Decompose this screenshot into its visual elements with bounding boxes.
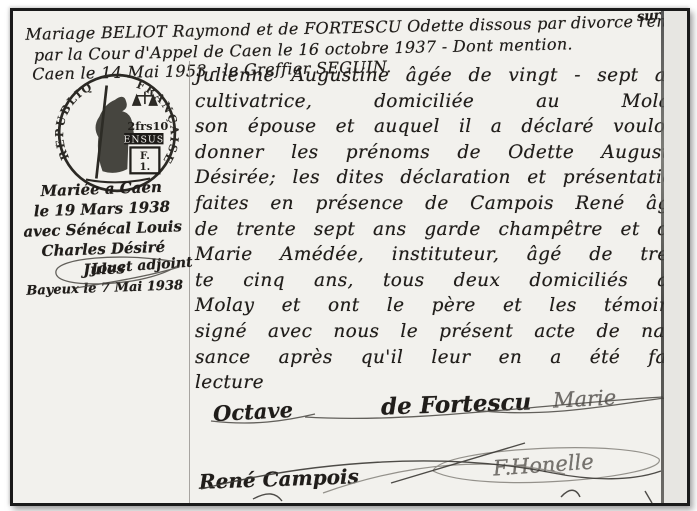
stamp-value-text: 2frs10 [127,119,168,133]
body-line: de trente sept ans garde champêtre et de [195,217,681,243]
stamp-box-line1: F. [140,150,150,162]
stamp-band-text: ENSUS [124,134,165,145]
stamp-box-line2: 1. [140,161,151,173]
signature-de-fortescu: de Fortescu [381,388,532,420]
cutoff-mark-2 [561,490,580,497]
margin-separator-rule [189,61,190,503]
body-line: son épouse et auquel il a déclaré vouloi… [195,114,681,140]
scales-icon [133,92,157,105]
body-line: Désirée; les dites déclaration et présen… [195,165,681,191]
body-line: donner les prénoms de Odette Augusta [195,140,681,166]
body-line: faites en présence de Campois René âgé [195,191,681,217]
signature-marie: Marie [552,385,616,412]
signature-octave: Octave [212,397,293,426]
body-line: Marie Amédée, instituteur, âgé de tren [195,242,681,268]
cutoff-mark-3 [645,491,652,503]
page-edge-margin [664,11,687,503]
body-line: te cinq ans, tous deux domiciliés au [195,268,681,294]
body-line: signé avec nous le présent acte de nais [195,319,681,345]
body-line: Julienne Augustine âgée de vingt - sept … [195,63,681,89]
book-binding-edge-line [661,11,664,503]
marginal-mention-header: Mariage BELIOT Raymond et de FORTESCU Od… [13,4,687,18]
scanned-document-page: sur Mariage BELIOT Raymond et de FORTESC… [0,0,697,511]
act-body-text: Julienne Augustine âgée de vingt - sept … [195,63,681,396]
body-line: sance après qu'il leur en a été fait [195,345,681,371]
register-paper: sur Mariage BELIOT Raymond et de FORTESC… [10,8,690,506]
signature-officer: F.Honelle [492,450,594,481]
body-line: cultivatrice, domiciliée au Molay [195,89,681,115]
marriage-margin-note: Mariée a Caen le 19 Mars 1938 avec Sénéc… [17,176,189,302]
cutoff-mark-1 [253,494,282,501]
signature-rene-campois: René Campois [199,464,360,494]
body-line: Molay et ont le père et les témoins [195,293,681,319]
